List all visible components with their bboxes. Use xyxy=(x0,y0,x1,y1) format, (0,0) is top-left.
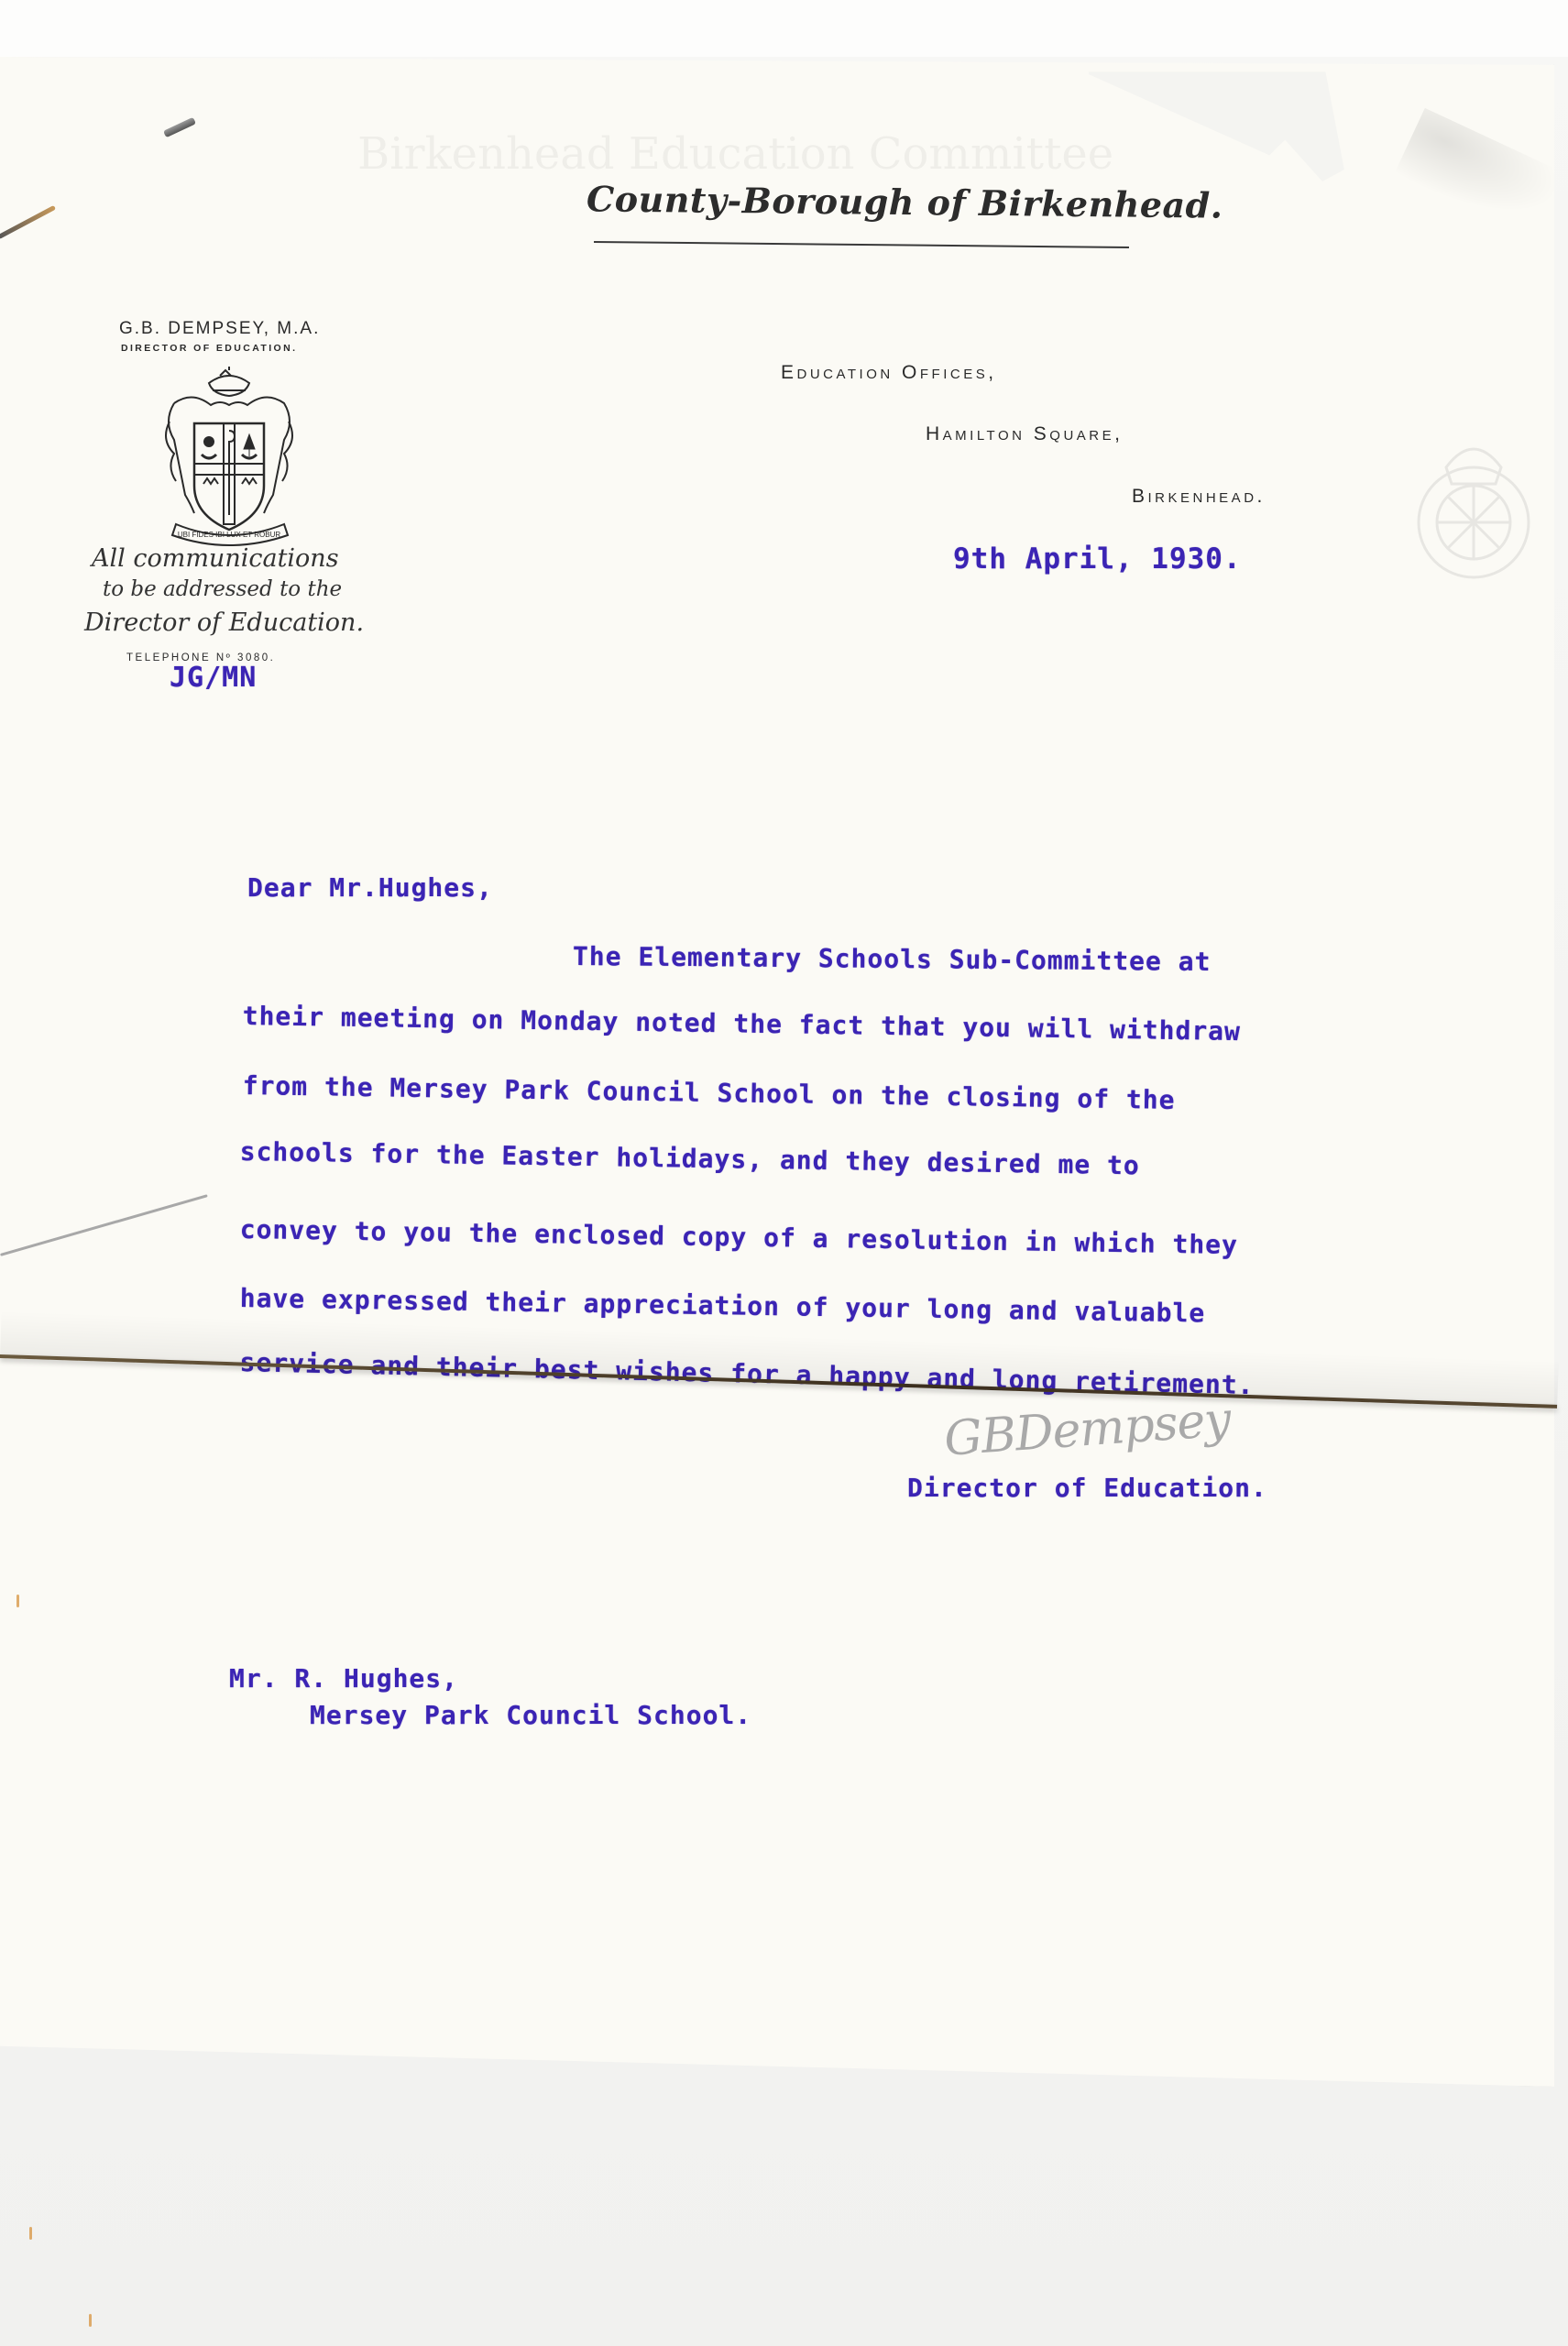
signatory-title: Director of Education. xyxy=(907,1473,1267,1503)
foxing-stain xyxy=(16,1595,19,1607)
recipient-name: Mr. R. Hughes, xyxy=(229,1663,458,1694)
address-line-1: Education Offices, xyxy=(781,362,997,384)
letter-sheet xyxy=(0,57,1554,2087)
note-line-1: All communications xyxy=(92,544,339,573)
bleed-through-heading: Birkenhead Education Committee xyxy=(357,128,1113,180)
note-line-3: Director of Education. xyxy=(84,608,364,637)
body-line-1: The Elementary Schools Sub-Committee at xyxy=(573,941,1212,977)
recipient-school: Mersey Park Council School. xyxy=(310,1700,751,1730)
svg-text:UBI FIDES IBI LUX ET ROBUR: UBI FIDES IBI LUX ET ROBUR xyxy=(178,531,281,539)
letter-date: 9th April, 1930. xyxy=(953,543,1242,576)
scan-top-margin xyxy=(0,0,1568,57)
foxing-stain xyxy=(29,2227,32,2240)
director-name: G.B. DEMPSEY, M.A. xyxy=(119,319,320,339)
address-line-3: Birkenhead. xyxy=(1132,486,1266,508)
director-title: DIRECTOR OF EDUCATION. xyxy=(121,343,297,354)
address-line-2: Hamilton Square, xyxy=(926,423,1123,445)
coat-of-arms-icon: UBI FIDES IBI LUX ET ROBUR xyxy=(156,367,302,550)
note-line-2: to be addressed to the xyxy=(103,577,342,601)
salutation: Dear Mr.Hughes, xyxy=(247,872,493,903)
reference-code: JG/MN xyxy=(170,662,257,694)
embossed-seal-icon xyxy=(1391,412,1556,586)
foxing-stain xyxy=(89,2314,92,2327)
borough-title: County-Borough of Birkenhead. xyxy=(587,178,1223,225)
